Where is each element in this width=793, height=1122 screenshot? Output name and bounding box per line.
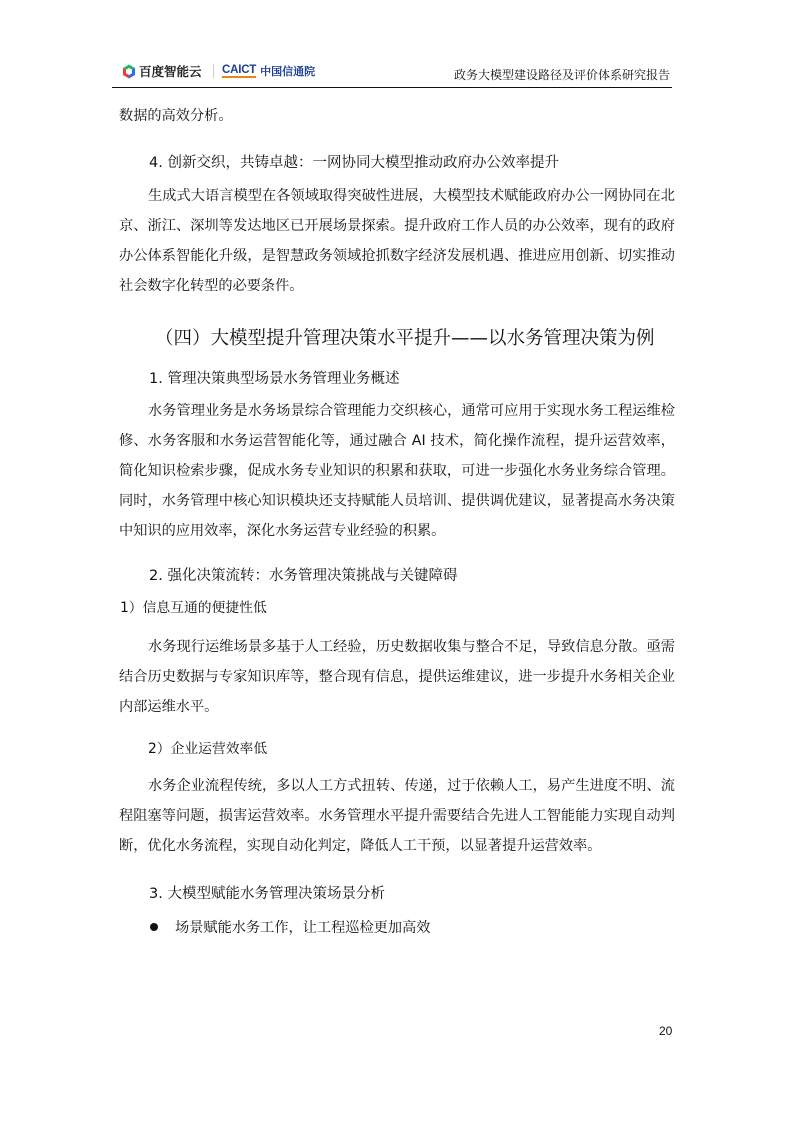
item-2-paragraph: 水务企业流程传统，多以人工方式扭转、传递，过于依赖人工，易产生进度不明、流程阻塞… <box>119 771 675 861</box>
section-4-paragraph: 生成式大语言模型在各领域取得突破性进展，大模型技术赋能政府办公一网协同在北京、浙… <box>119 181 675 301</box>
logo-divider <box>213 64 214 78</box>
subsection-heading-2: 2. 强化决策流转：水务管理决策挑战与关键障碍 <box>149 564 457 588</box>
caict-logo: CAICT 中国信通院 <box>222 63 315 79</box>
section-heading-4: 4. 创新交织，共铸卓越：一网协同大模型推动政府办公效率提升 <box>149 151 559 175</box>
subsection-heading-3: 3. 大模型赋能水务管理决策场景分析 <box>149 882 385 906</box>
item-1-paragraph: 水务现行运维场景多基于人工经验，历史数据收集与整合不足，导致信息分散。亟需结合历… <box>119 632 675 722</box>
baidu-logo-text: 百度智能云 <box>139 62 202 80</box>
baidu-cube-icon <box>122 64 136 79</box>
bullet-icon <box>150 923 158 931</box>
item-1-heading: 1）信息互通的便捷性低 <box>120 593 676 623</box>
page-number: 20 <box>659 1024 672 1038</box>
subsection-1-paragraph: 水务管理业务是水务场景综合管理能力交织核心，通常可应用于实现水务工程运维检修、水… <box>119 396 675 546</box>
caict-mark: CAICT <box>222 64 256 78</box>
report-title: 政务大模型建设路径及评价体系研究报告 <box>454 66 670 83</box>
page-header: 百度智能云 CAICT 中国信通院 政务大模型建设路径及评价体系研究报告 <box>112 56 672 88</box>
bullet-item: 场景赋能水务工作，让工程巡检更加高效 <box>175 913 675 943</box>
carryover-paragraph: 数据的高效分析。 <box>119 101 675 131</box>
baidu-ai-cloud-logo: 百度智能云 <box>122 62 202 80</box>
chapter-heading: （四）大模型提升管理决策水平提升——以水务管理决策为例 <box>155 325 655 353</box>
item-2-heading: 2）企业运营效率低 <box>148 734 704 764</box>
caict-chinese-name: 中国信通院 <box>260 63 315 79</box>
subsection-heading-1: 1. 管理决策典型场景水务管理业务概述 <box>149 367 399 391</box>
